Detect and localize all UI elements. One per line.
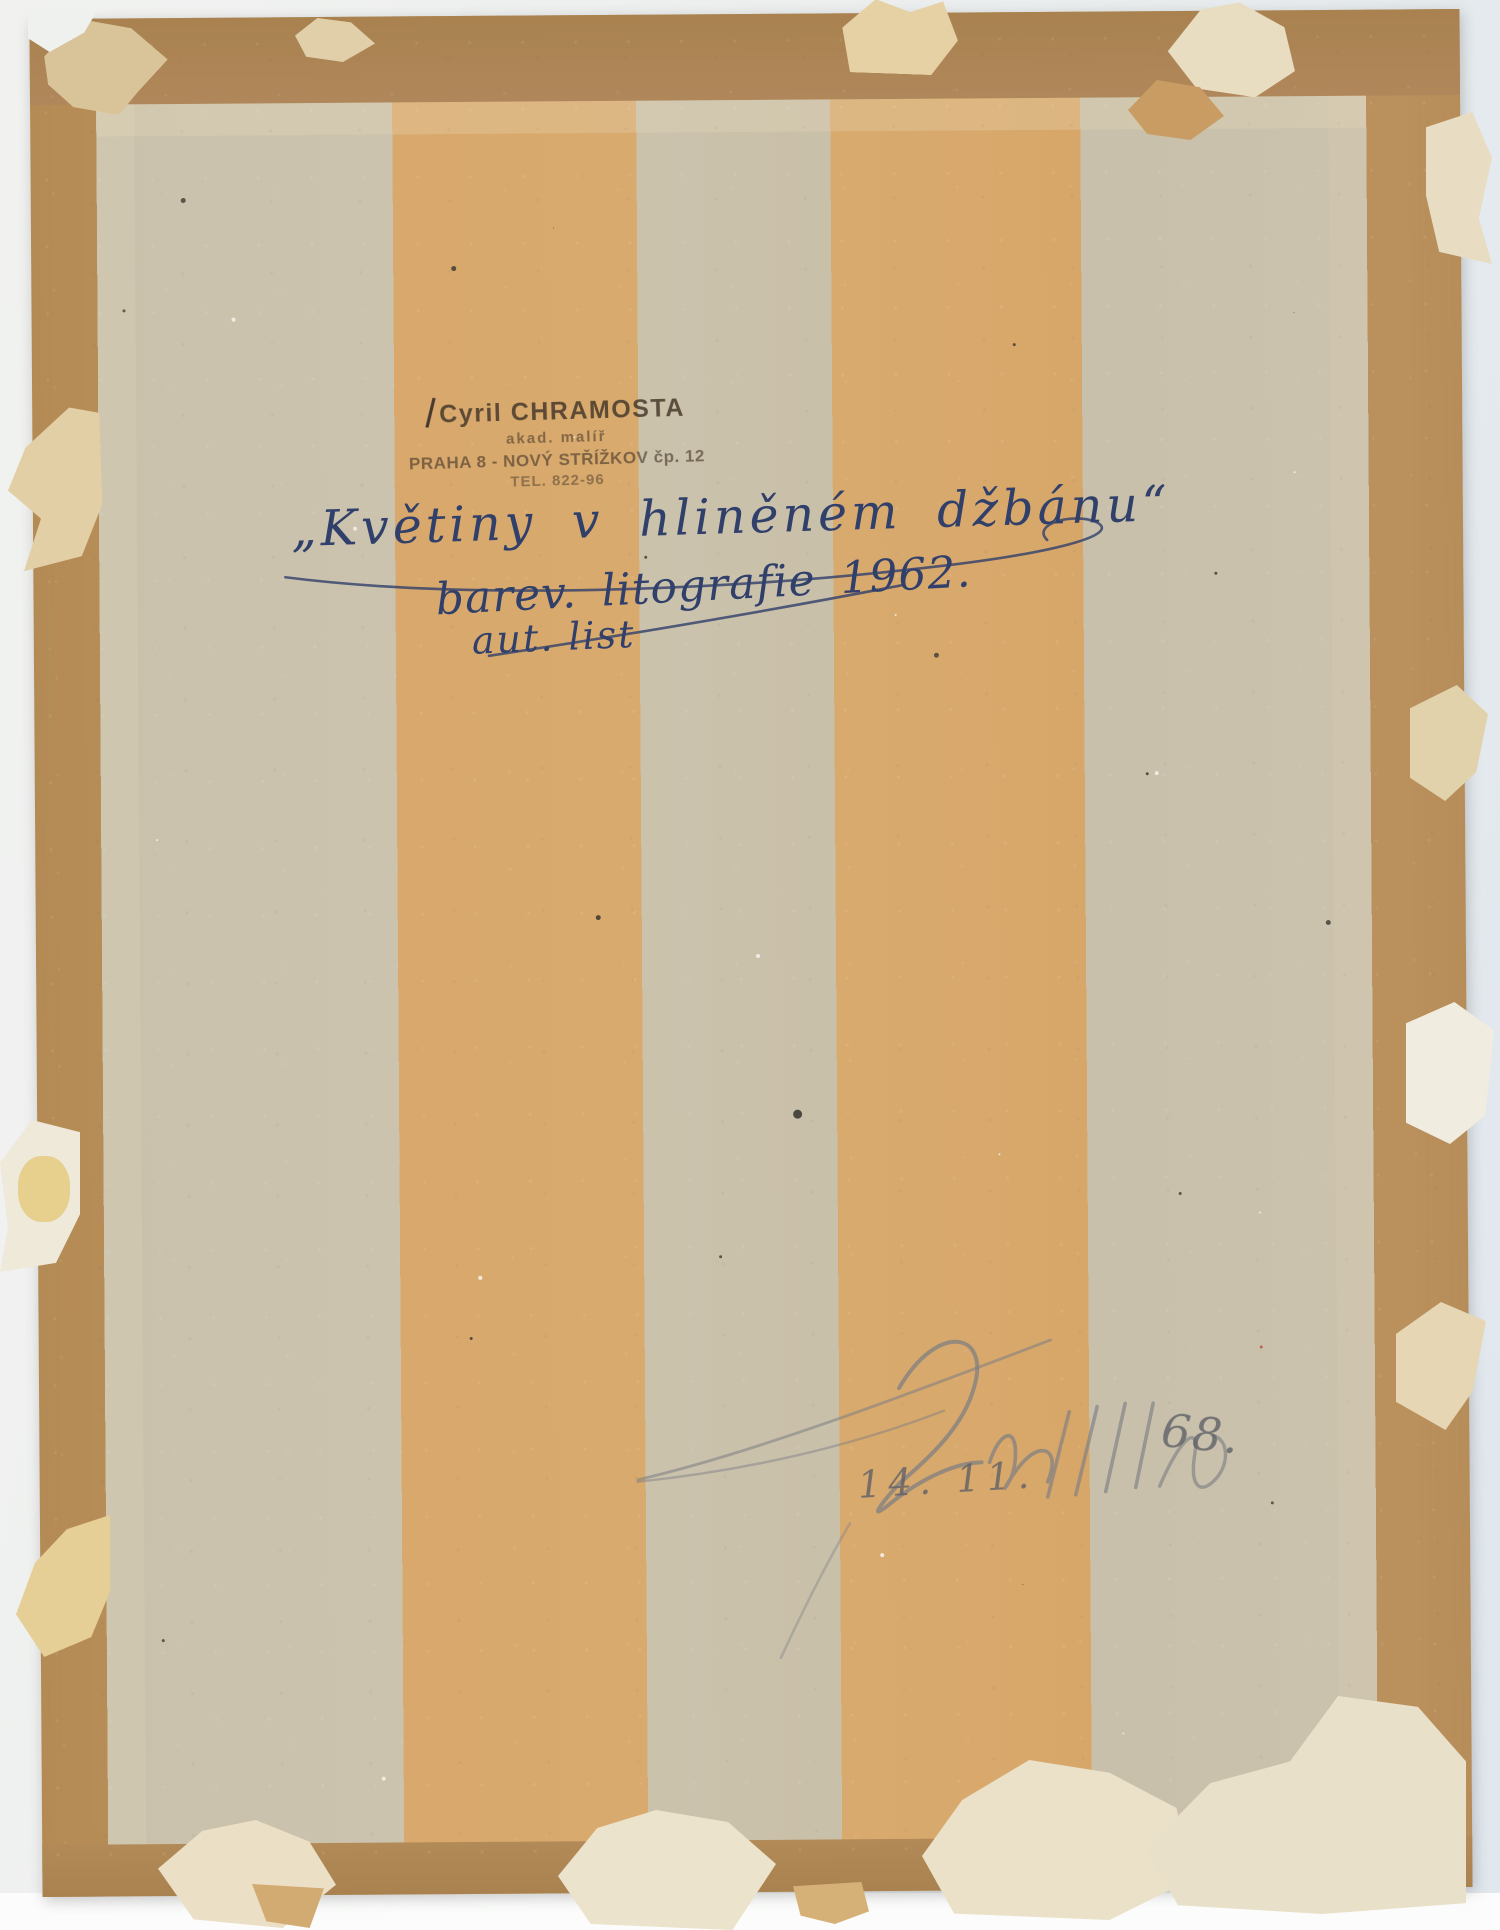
paper-specks-dark [181, 198, 186, 203]
photo-of-artwork-back: /Cyril CHRAMOSTA akad. malíř PRAHA 8 - N… [0, 0, 1500, 1930]
torn-edge-chip [18, 1156, 70, 1222]
pencil-year: 68. [1159, 1403, 1243, 1464]
stamp-artist-name: Cyril CHRAMOSTA [439, 394, 685, 429]
technique-year-handwritten: barev. litografie 1962. [434, 546, 972, 625]
stamp-check-mark: / [424, 391, 438, 438]
torn-edge-chip [1406, 1002, 1494, 1144]
tape-overlap-right [1328, 96, 1378, 1836]
edition-note-handwritten: aut. list [471, 612, 636, 663]
stamp-name-line: /Cyril CHRAMOSTA [387, 391, 724, 431]
artwork-sheet-back: /Cyril CHRAMOSTA akad. malíř PRAHA 8 - N… [29, 9, 1472, 1897]
artist-stamp: /Cyril CHRAMOSTA akad. malíř PRAHA 8 - N… [387, 391, 725, 494]
paper-specks-light [232, 318, 236, 322]
paper-grain-texture [29, 9, 1472, 1897]
ink-underline-flourish [29, 9, 1472, 1897]
pencil-date: 14. 11. [857, 1453, 1038, 1507]
